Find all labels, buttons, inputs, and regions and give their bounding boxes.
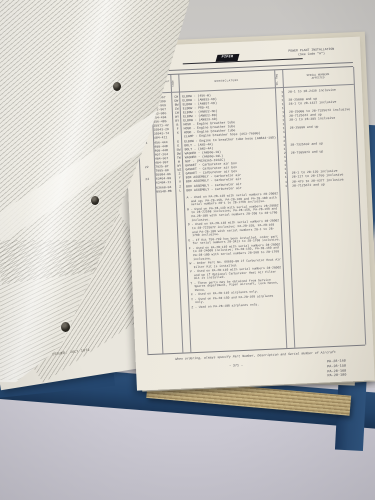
footnote-code: A xyxy=(187,195,189,199)
footnote-code: F xyxy=(189,246,191,250)
footnote-code: B xyxy=(187,207,189,211)
footnotes: A - Used on PA-28-140 with serial number… xyxy=(187,192,284,310)
footnote-code: E xyxy=(188,238,190,242)
photo-open-parts-binder: SECTION IX Power Plant Group PIPER POWER… xyxy=(0,0,375,500)
model-item: PA-28-180 xyxy=(327,374,346,380)
footnote-code: W xyxy=(189,261,191,265)
binder-ring-hole-middle xyxy=(91,196,99,205)
footnote-code: Y xyxy=(191,297,193,301)
logo-underline xyxy=(183,58,303,64)
footnote-code: Z xyxy=(191,305,193,309)
cell-figure-index xyxy=(140,189,155,194)
cell-code: L xyxy=(176,188,184,192)
binder-ring-hole-bottom xyxy=(61,322,70,332)
footnote-code: D xyxy=(188,222,190,226)
cell-part-number: 99548-MB xyxy=(155,188,176,193)
table-rows: 28-18 188-967 CW ELBOW - (456-W) 1 28-1 … xyxy=(136,86,358,194)
binder-ring-hole-top xyxy=(113,82,121,91)
cell-qty: 1 xyxy=(282,183,290,187)
piper-logo-text: PIPER xyxy=(222,55,234,60)
page-title-block: POWER PLANT INSTALLATION (See Code "A") xyxy=(270,47,352,58)
footnote-code: T xyxy=(190,281,192,285)
col-header-serials: SERIAL NUMBERS AFFECTED xyxy=(282,72,353,81)
col-header-nomenclature: NOMENCLATURE xyxy=(179,77,275,84)
parts-table: Figure and Index Number Part Number Code… xyxy=(135,66,365,355)
model-list: PA-28-140 PA-28-150 PA-28-160 PA-28-180 xyxy=(327,360,347,380)
footnote-code: V xyxy=(190,269,192,273)
